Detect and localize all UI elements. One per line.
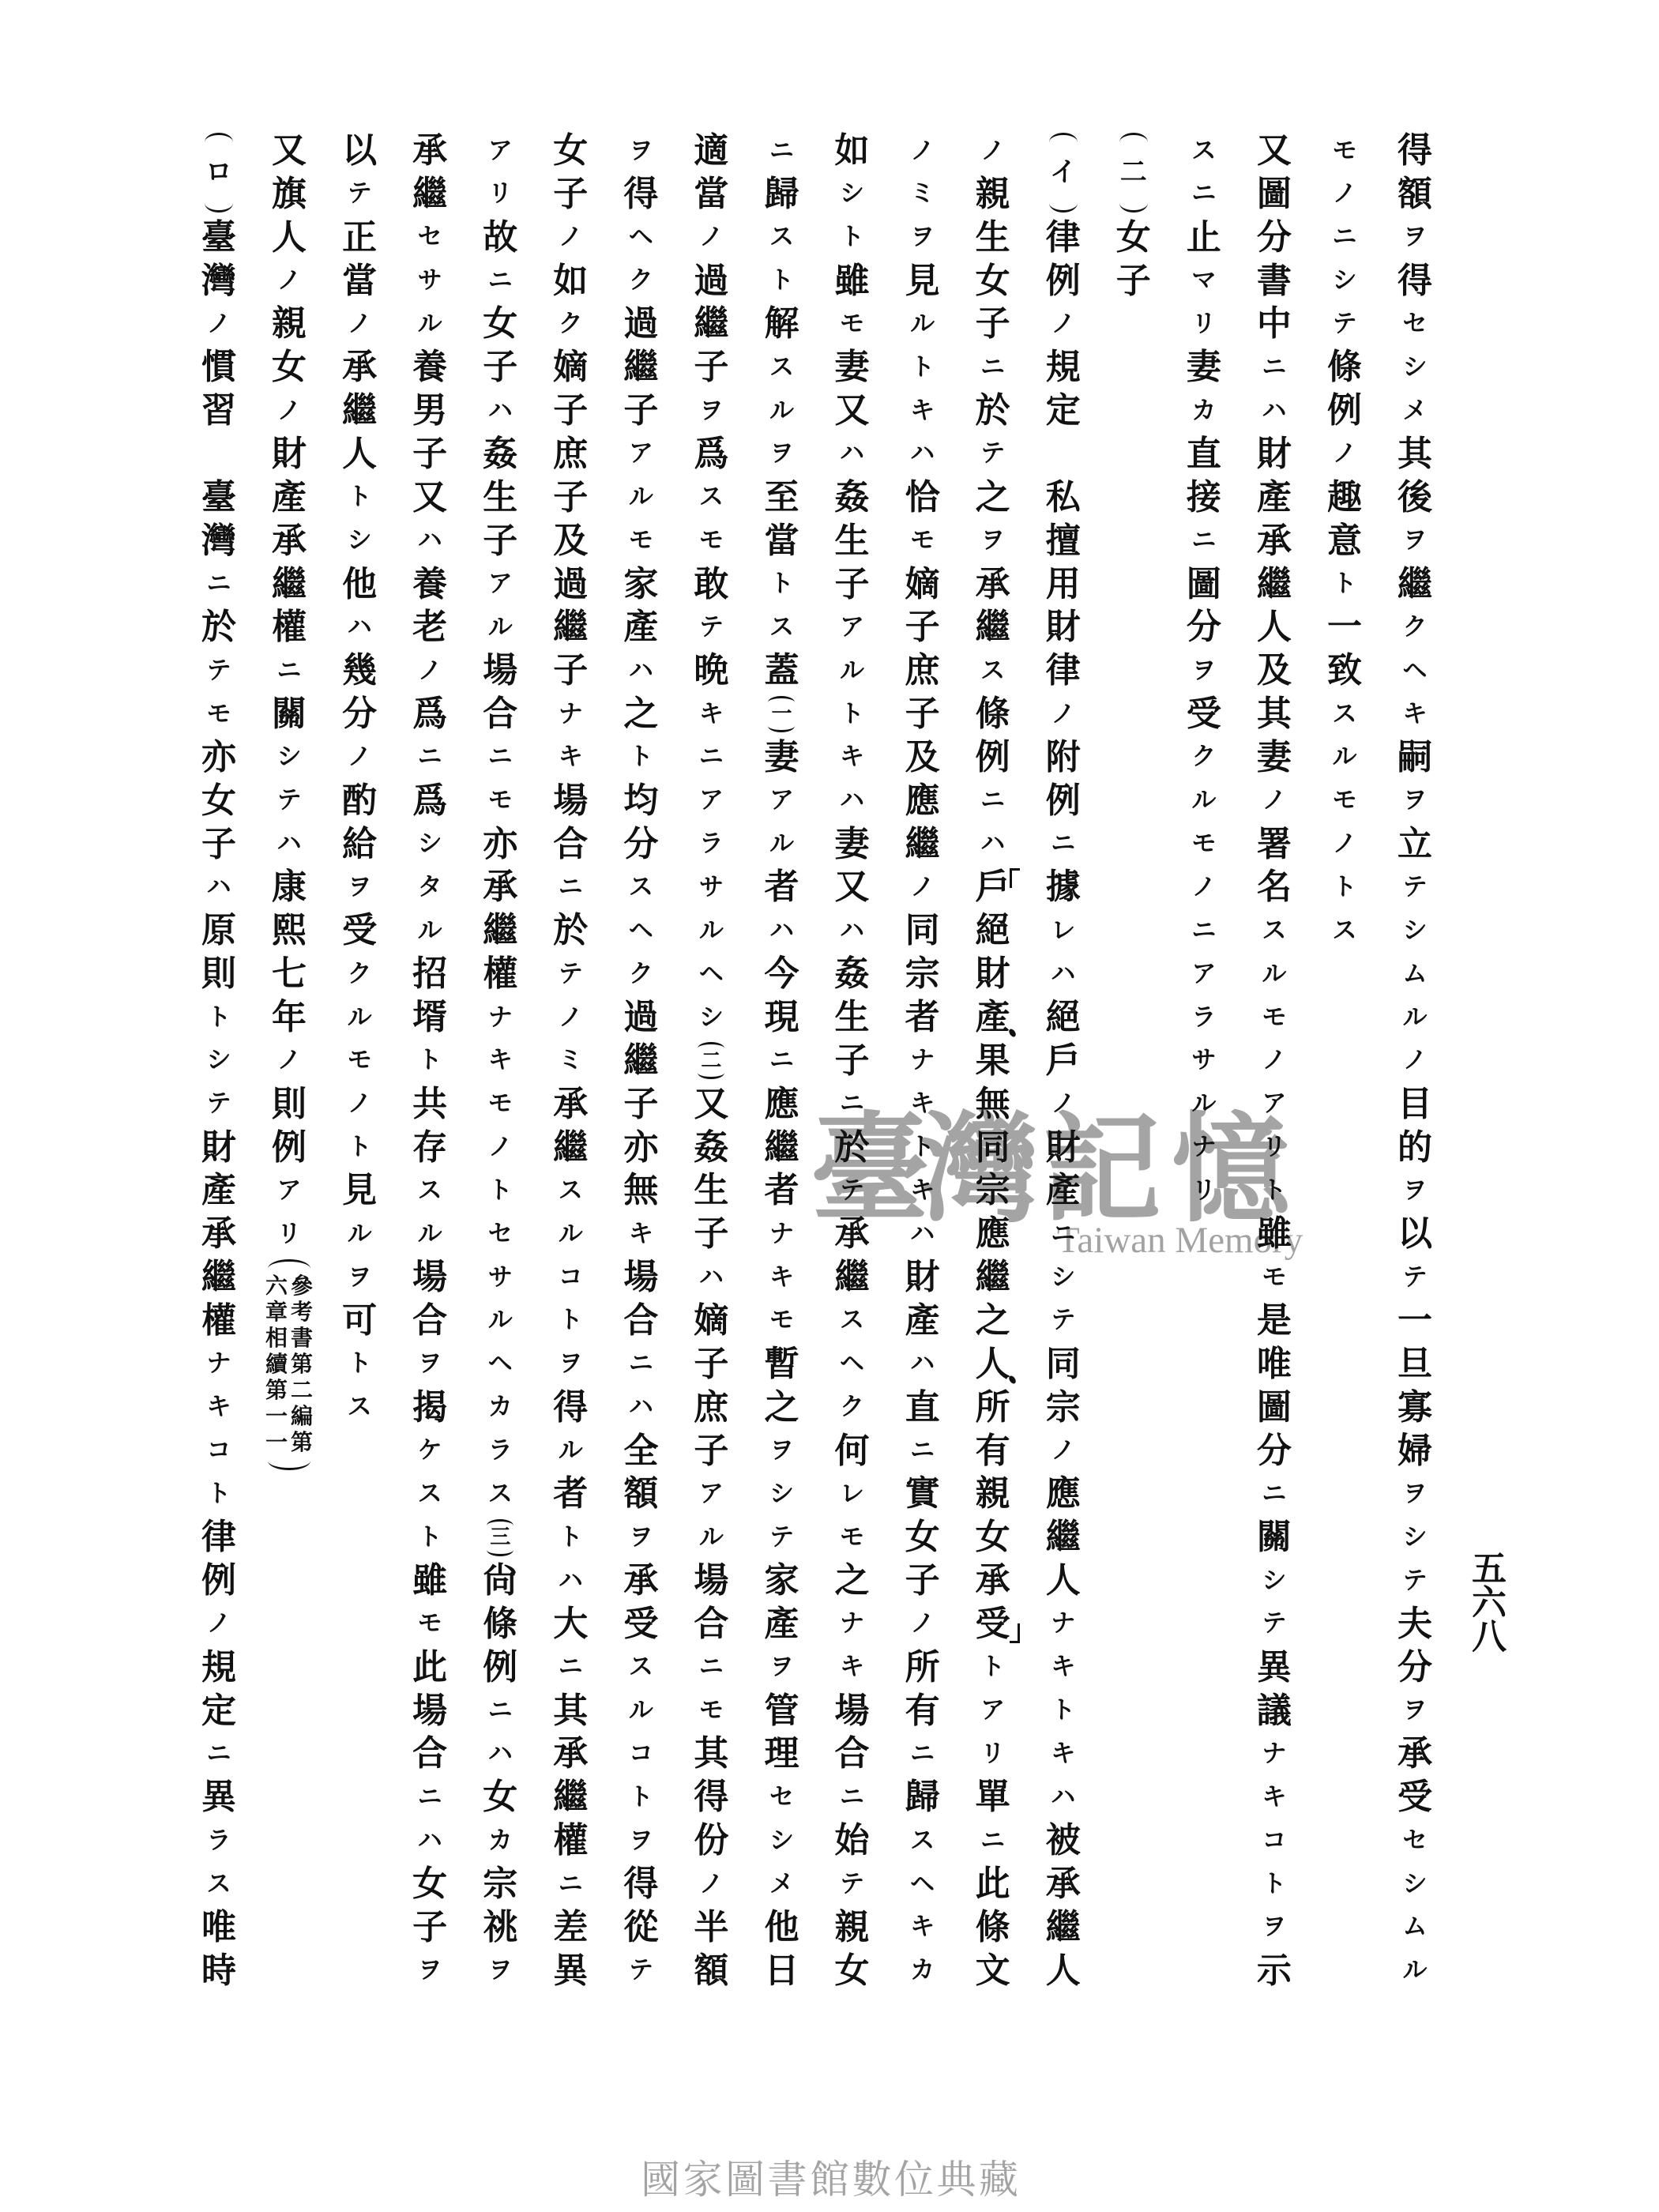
label-char: ロ — [195, 159, 243, 186]
text-char: キ — [1391, 693, 1439, 736]
text-char: 條 — [1321, 346, 1368, 389]
text-char: 繼 — [547, 606, 594, 649]
text-char: キ — [1040, 1646, 1087, 1689]
text-char: 及 — [899, 735, 946, 779]
text-char: ト — [406, 1516, 453, 1559]
text-char: 於 — [969, 389, 1017, 433]
text-column: 以テ正當ノ承繼人トシ他ハ幾分ノ酌給ヲ受クルモノト見ルヲ可トス — [336, 130, 383, 1994]
text-char: ヲ — [758, 433, 805, 476]
text-char: コ — [195, 1429, 243, 1473]
text-char: 承 — [265, 519, 313, 562]
text-char: ヲ — [406, 1949, 453, 1992]
text-char: 場 — [687, 1559, 735, 1603]
text-char: ス — [336, 1386, 383, 1429]
text-char: 親 — [265, 303, 313, 346]
text-char: 之 — [617, 693, 664, 736]
text-char: ア — [476, 130, 524, 173]
text-char: テ — [829, 1863, 876, 1906]
text-char: 得 — [617, 172, 664, 216]
text-char: テ — [969, 433, 1017, 476]
text-char: ヲ — [1391, 779, 1439, 822]
text-char: 存 — [406, 1126, 453, 1169]
text-char: 承 — [1391, 1732, 1439, 1776]
text-char: メ — [1391, 389, 1439, 433]
text-char: テ — [1391, 1256, 1439, 1300]
text-char: 合 — [547, 822, 594, 866]
text-char: ヲ — [758, 1646, 805, 1689]
text-char: 場 — [617, 1256, 664, 1300]
text-char: ニ — [687, 1646, 735, 1689]
text-char: セ — [406, 216, 453, 259]
text-char: 繼 — [899, 822, 946, 866]
note-char: 六 — [265, 1273, 288, 1300]
text-char: ノ — [1040, 1429, 1087, 1473]
text-char: 共 — [406, 1082, 453, 1126]
text-char: 灣 — [195, 259, 243, 303]
text-char: ア — [265, 1169, 313, 1213]
text-char: 權 — [547, 1819, 594, 1863]
text-char: ル — [406, 303, 453, 346]
text-char: 例 — [1040, 779, 1087, 822]
text-char: 繼 — [1040, 1905, 1087, 1949]
text-char: ル — [336, 1213, 383, 1256]
text-char: 其 — [1391, 433, 1439, 476]
text-char: ヘ — [829, 1342, 876, 1386]
text-char: 人 — [265, 216, 313, 259]
text-char: 承 — [406, 130, 453, 173]
text-char: 敢 — [687, 562, 735, 606]
text-char: 關 — [1251, 1516, 1298, 1559]
text-char: モ — [687, 1689, 735, 1732]
text-char: ナ — [899, 1039, 946, 1082]
text-char: モ — [758, 1300, 805, 1343]
text-char: テ — [1251, 1602, 1298, 1646]
text-char: 子 — [406, 1905, 453, 1949]
text-char: 過 — [687, 259, 735, 303]
note-char: 一 — [265, 1404, 288, 1430]
text-char: 親 — [829, 1905, 876, 1949]
text-char: 所 — [969, 1386, 1017, 1429]
text-char: ア — [476, 562, 524, 606]
text-char: シ — [1391, 346, 1439, 389]
text-char: 絕 — [1040, 996, 1087, 1040]
text-char: ハ — [1251, 389, 1298, 433]
note-char: 第 — [265, 1378, 288, 1404]
text-char: 人 — [969, 1342, 1017, 1386]
text-char: ク — [336, 953, 383, 996]
text-char: 於 — [829, 1126, 876, 1169]
text-char: 產 — [1040, 1169, 1087, 1213]
text-column: ヲ得ヘク過繼子アルモ家產ハ之ト均分スヘク過繼子亦無キ場合ニハ全額ヲ承受スルコトヲ… — [617, 130, 664, 1994]
text-char: 分 — [336, 693, 383, 736]
text-char: ス — [1251, 909, 1298, 953]
text-char: 子 — [969, 303, 1017, 346]
text-char: 權 — [195, 1300, 243, 1343]
text-char: 承 — [195, 1213, 243, 1256]
text-char: テ — [1321, 303, 1368, 346]
text-char: 財 — [1040, 1126, 1087, 1169]
text-char: 姦 — [829, 953, 876, 996]
text-char: 從 — [617, 1905, 664, 1949]
text-char: 所 — [899, 1646, 946, 1689]
text-char: ノ — [687, 1863, 735, 1906]
text-char: 習 — [195, 389, 243, 433]
text-char: 者 — [758, 1169, 805, 1213]
text-char: 承 — [829, 1213, 876, 1256]
text-char: 得 — [1391, 259, 1439, 303]
text-char: キ — [899, 1082, 946, 1126]
text-char: 正 — [336, 216, 383, 259]
text-char: 繼 — [758, 1126, 805, 1169]
text-char: ノ — [1321, 822, 1368, 866]
section-heading-column: 二女子 — [1110, 130, 1157, 1994]
text-char: シ — [1391, 1863, 1439, 1906]
text-char: ル — [829, 649, 876, 693]
text-char: 適 — [687, 130, 735, 173]
text-char: 年 — [265, 996, 313, 1040]
text-char: 同 — [1040, 1342, 1087, 1386]
text-char: 擅 — [1040, 519, 1087, 562]
text-char: 分 — [617, 822, 664, 866]
text-char: リ — [1251, 1126, 1298, 1169]
text-char: 子 — [547, 649, 594, 693]
text-char: 應 — [899, 779, 946, 822]
text-char: 蓋 — [758, 649, 805, 693]
text-char: ハ — [758, 909, 805, 953]
text-char: 歸 — [758, 172, 805, 216]
text-char: 產 — [969, 996, 1017, 1040]
text-char: 受 — [969, 1602, 1017, 1646]
text-char: ニ — [406, 735, 453, 779]
text-char: 財 — [1251, 433, 1298, 476]
note-char: 相 — [265, 1326, 288, 1352]
text-char: テ — [265, 779, 313, 822]
text-char: 差 — [547, 1905, 594, 1949]
text-char: ヲ — [1180, 649, 1228, 693]
text-char: 寡 — [1391, 1386, 1439, 1429]
text-char: ス — [1321, 909, 1368, 953]
text-char: 分 — [1251, 216, 1298, 259]
text-char: 亦 — [195, 735, 243, 779]
text-char: 又 — [265, 130, 313, 173]
text-char: ハ — [1040, 1776, 1087, 1819]
text-char: モ — [1321, 130, 1368, 173]
text-char: キ — [1040, 1732, 1087, 1776]
text-char: ニ — [1180, 909, 1228, 953]
text-char: ト — [969, 1646, 1017, 1689]
text-char: 條 — [969, 1905, 1017, 1949]
text-char: 書 — [1251, 259, 1298, 303]
text-char: 女 — [899, 1516, 946, 1559]
text-char: ハ — [899, 1213, 946, 1256]
text-char: ト — [617, 735, 664, 779]
text-char: ヘ — [1391, 649, 1439, 693]
text-char: 人 — [336, 433, 383, 476]
text-char: 得 — [617, 1863, 664, 1906]
text-char: 其 — [1251, 693, 1298, 736]
text-column: ノミヲ見ルトキハ恰モ嫡子庶子及應繼ノ同宗者ナキトキハ財產ハ直ニ實女子ノ所有ニ歸ス… — [899, 130, 946, 1994]
text-char: 雖 — [829, 259, 876, 303]
note-char: 一 — [265, 1430, 288, 1456]
text-char: 繼 — [265, 562, 313, 606]
text-char: ケ — [406, 1429, 453, 1473]
text-char: ト — [336, 476, 383, 519]
close-paren-icon — [487, 1550, 513, 1556]
text-char: 附 — [1040, 735, 1087, 779]
text-char: 又 — [1251, 130, 1298, 173]
text-char: 之 — [758, 1386, 805, 1429]
text-char: 定 — [1040, 389, 1087, 433]
text-char: コ — [1251, 1819, 1298, 1863]
text-char: 場 — [547, 779, 594, 822]
text-char: ト — [617, 1776, 664, 1819]
text-char: ニ — [547, 866, 594, 909]
text-char: ヲ — [687, 389, 735, 433]
text-char: シ — [1040, 1256, 1087, 1300]
text-char: 得 — [687, 1776, 735, 1819]
text-char: 圖 — [1180, 562, 1228, 606]
text-char: ヘ — [899, 1863, 946, 1906]
text-char: 分 — [1391, 1646, 1439, 1689]
text-char: ト — [899, 346, 946, 389]
text-char: 今 — [758, 953, 805, 996]
text-char: 應 — [969, 1213, 1017, 1256]
text-char: 目 — [1391, 1082, 1439, 1126]
text-char: モ — [195, 693, 243, 736]
text-char: 被 — [1040, 1819, 1087, 1863]
text-char: シ — [687, 996, 735, 1040]
text-char: ナ — [1040, 1602, 1087, 1646]
text-char: カ — [476, 1819, 524, 1863]
text-char: 宗 — [899, 953, 946, 996]
text-char: ニ — [758, 1039, 805, 1082]
text-char: 女 — [476, 303, 524, 346]
text-char: ル — [406, 1213, 453, 1256]
text-char: 招 — [406, 953, 453, 996]
text-char: 私 — [1040, 476, 1087, 519]
text-char: 產 — [1251, 476, 1298, 519]
text-char: 生 — [829, 519, 876, 562]
text-char: ル — [406, 909, 453, 953]
text-char: ヘ — [617, 216, 664, 259]
text-char: 異 — [195, 1776, 243, 1819]
note-line-right: 參考書第二編第 — [290, 1273, 314, 1456]
text-char: 受 — [1391, 1776, 1439, 1819]
text-char: ル — [1321, 735, 1368, 779]
text-char: ス — [1180, 130, 1228, 173]
text-char: 宗 — [476, 1863, 524, 1906]
text-char: 之 — [829, 1559, 876, 1603]
text-char: 得 — [1391, 130, 1439, 173]
text-char: ヲ — [617, 130, 664, 173]
text-char: 一 — [1321, 606, 1368, 649]
close-paren-icon — [768, 726, 795, 732]
text-char: 其 — [547, 1689, 594, 1732]
text-char: 女 — [195, 779, 243, 822]
text-char: シ — [336, 519, 383, 562]
text-column: 得額ヲ得セシメ其後ヲ繼クヘキ嗣ヲ立テシムルノ目的ヲ以テ一旦寡婦ヲシテ夫分ヲ承受セ… — [1391, 130, 1439, 1994]
text-char: ト — [829, 216, 876, 259]
text-char: ニ — [829, 1082, 876, 1126]
text-char: ヘ — [476, 1342, 524, 1386]
text-char: 如 — [829, 130, 876, 173]
text-char: ノ — [1321, 172, 1368, 216]
text-char: 夫 — [1391, 1602, 1439, 1646]
text-char: キ — [195, 1386, 243, 1429]
text-char: ニ — [476, 735, 524, 779]
text-char: 產 — [195, 1169, 243, 1213]
text-char: ノ — [1040, 693, 1087, 736]
text-char: シ — [195, 1039, 243, 1082]
text-char: ス — [406, 1473, 453, 1516]
label-char: 一 — [758, 704, 805, 724]
text-char: 臺 — [195, 476, 243, 519]
text-char: 現 — [758, 996, 805, 1040]
text-char: 人 — [1040, 1949, 1087, 1992]
text-char: 例 — [195, 1559, 243, 1603]
text-char: 生 — [829, 996, 876, 1040]
open-paren-icon — [698, 1042, 724, 1048]
text-char: 子 — [899, 606, 946, 649]
text-char: ク — [1180, 735, 1228, 779]
text-char: テ — [829, 1169, 876, 1213]
text-char: 管 — [758, 1689, 805, 1732]
label-char: 二 — [687, 1051, 735, 1071]
text-char: テ — [1391, 1559, 1439, 1603]
close-paren-icon — [698, 1073, 724, 1079]
text-char: ア — [758, 779, 805, 822]
text-char: モ — [829, 1516, 876, 1559]
text-char: 子 — [617, 1082, 664, 1126]
text-char: 繼 — [195, 1256, 243, 1300]
text-char: 及 — [1251, 649, 1298, 693]
text-char: 妻 — [1180, 346, 1228, 389]
text-char: 養 — [406, 346, 453, 389]
text-char: ノ — [899, 130, 946, 173]
text-char: 老 — [406, 606, 453, 649]
text-char: リ — [265, 1213, 313, 1256]
text-char: 原 — [195, 909, 243, 953]
text-char: ラ — [476, 1429, 524, 1473]
text-char: 額 — [1391, 172, 1439, 216]
text-char: ヘ — [687, 953, 735, 996]
text-char: 合 — [617, 1300, 664, 1343]
open-paren-icon — [487, 1519, 513, 1525]
text-char: 繼 — [829, 1256, 876, 1300]
text-char: テ — [195, 649, 243, 693]
text-char: キ — [899, 1169, 946, 1213]
text-char: 得 — [547, 1386, 594, 1429]
text-char: ヲ — [547, 1342, 594, 1386]
text-char: ノ — [687, 216, 735, 259]
text-char: ト — [406, 1039, 453, 1082]
text-char: 又 — [687, 1082, 735, 1126]
text-char: 可 — [336, 1300, 383, 1343]
text-char: ノ — [336, 735, 383, 779]
subsection-heading-column: ロ臺灣ノ慣習臺灣ニ於テモ亦女子ハ原則トシテ財產承繼權ナキコト律例ノ規定ニ異ラス唯… — [195, 130, 243, 1994]
text-char: ハ — [617, 649, 664, 693]
text-char: モ — [829, 303, 876, 346]
text-char: 受 — [617, 1602, 664, 1646]
text-char: セ — [758, 1776, 805, 1819]
text-char: 戶 — [1040, 1039, 1087, 1082]
text-char: 如 — [547, 259, 594, 303]
text-char: シ — [406, 822, 453, 866]
text-char: 生 — [969, 216, 1017, 259]
text-char: 解 — [758, 303, 805, 346]
text-char: ル — [1391, 996, 1439, 1040]
text-char: 子 — [829, 1039, 876, 1082]
text-char: シ — [829, 172, 876, 216]
text-char: 場 — [406, 1256, 453, 1300]
text-char: ル — [687, 1516, 735, 1559]
text-char: ス — [829, 1300, 876, 1343]
text-char: ニ — [1040, 822, 1087, 866]
text-char: ル — [1251, 953, 1298, 996]
text-char: 關 — [265, 693, 313, 736]
text-char: ア — [969, 1689, 1017, 1732]
text-char: ノ — [336, 303, 383, 346]
text-char: 產 — [758, 1602, 805, 1646]
text-char: 子 — [617, 389, 664, 433]
text-char: 例 — [969, 735, 1017, 779]
text-char: ハ — [829, 909, 876, 953]
text-char: 承 — [336, 346, 383, 389]
text-char: 子 — [687, 1342, 735, 1386]
text-char: ハ — [829, 433, 876, 476]
text-char: 據 — [1040, 866, 1087, 909]
section-number-label: 二 — [687, 1039, 735, 1082]
text-char: 宗 — [1040, 1386, 1087, 1429]
text-char: 示 — [1251, 1949, 1298, 1992]
text-char: モ — [406, 1602, 453, 1646]
text-char: 繼 — [617, 1039, 664, 1082]
text-char: ス — [758, 346, 805, 389]
note-char: 參 — [290, 1273, 314, 1300]
text-char: 直 — [899, 1386, 946, 1429]
text-char: 過 — [617, 303, 664, 346]
text-char: 人 — [1040, 1559, 1087, 1603]
text-char: ニ — [1251, 346, 1298, 389]
text-char: ノ — [406, 649, 453, 693]
text-char: カ — [899, 1949, 946, 1992]
text-char: 承 — [547, 1082, 594, 1126]
note-char: 章 — [265, 1300, 288, 1326]
text-char: テ — [617, 1949, 664, 1992]
text-char: 其 — [687, 1732, 735, 1776]
text-char: 者 — [899, 996, 946, 1040]
text-char: 尙 — [476, 1559, 524, 1603]
text-char: 祧 — [476, 1905, 524, 1949]
text-char: 財 — [1040, 606, 1087, 649]
text-char: 子 — [687, 346, 735, 389]
text-char: ニ — [1251, 1473, 1298, 1516]
text-char: 家 — [758, 1559, 805, 1603]
text-char: ヲ — [336, 1256, 383, 1300]
note-char: 書 — [290, 1326, 314, 1352]
text-char: 及 — [547, 519, 594, 562]
text-char: ノ — [336, 1082, 383, 1126]
text-char: 分 — [1251, 1429, 1298, 1473]
text-char: 名 — [1251, 866, 1298, 909]
text-char: キ — [617, 1213, 664, 1256]
text-char: 戶 — [969, 866, 1017, 909]
text-char: ナ — [476, 996, 524, 1040]
section-number-label: ロ — [195, 130, 243, 216]
text-char: 大 — [547, 1602, 594, 1646]
text-char: ト — [195, 996, 243, 1040]
text-char: 權 — [476, 953, 524, 996]
